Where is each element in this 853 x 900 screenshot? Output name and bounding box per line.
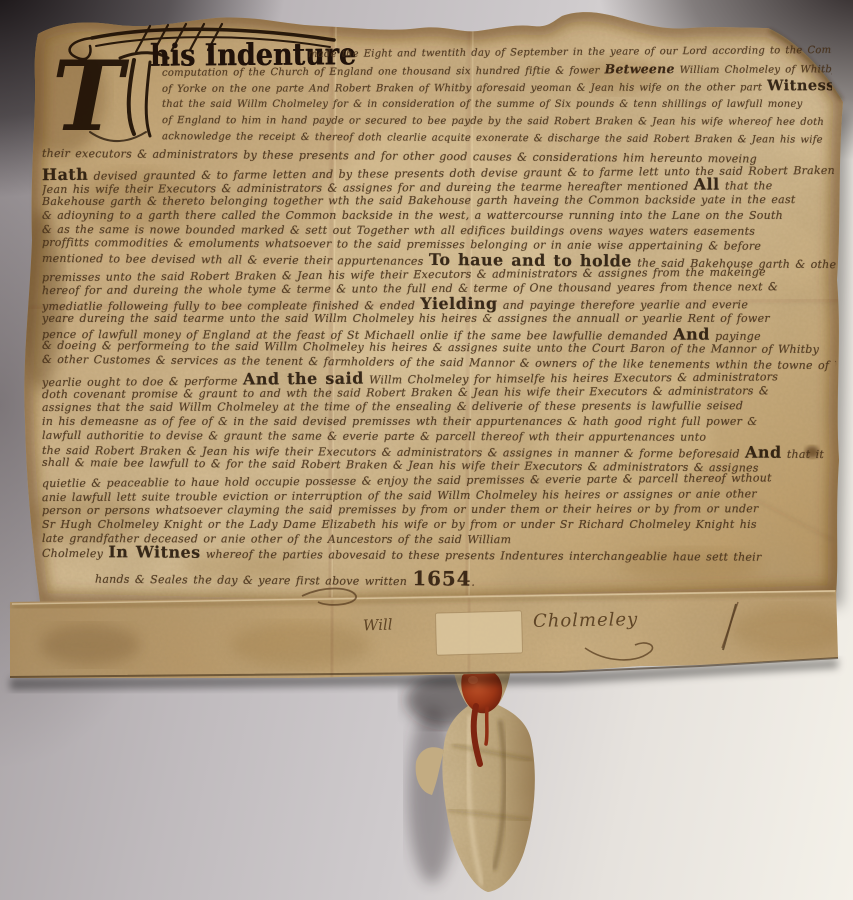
ink-blot <box>805 446 819 458</box>
opening-initial: T <box>52 40 130 153</box>
abrasion-patch <box>435 611 522 655</box>
photo-of-indenture: T his Indenture Will Cholmeley made the … <box>0 0 853 900</box>
parchment-scene: T <box>0 0 853 900</box>
